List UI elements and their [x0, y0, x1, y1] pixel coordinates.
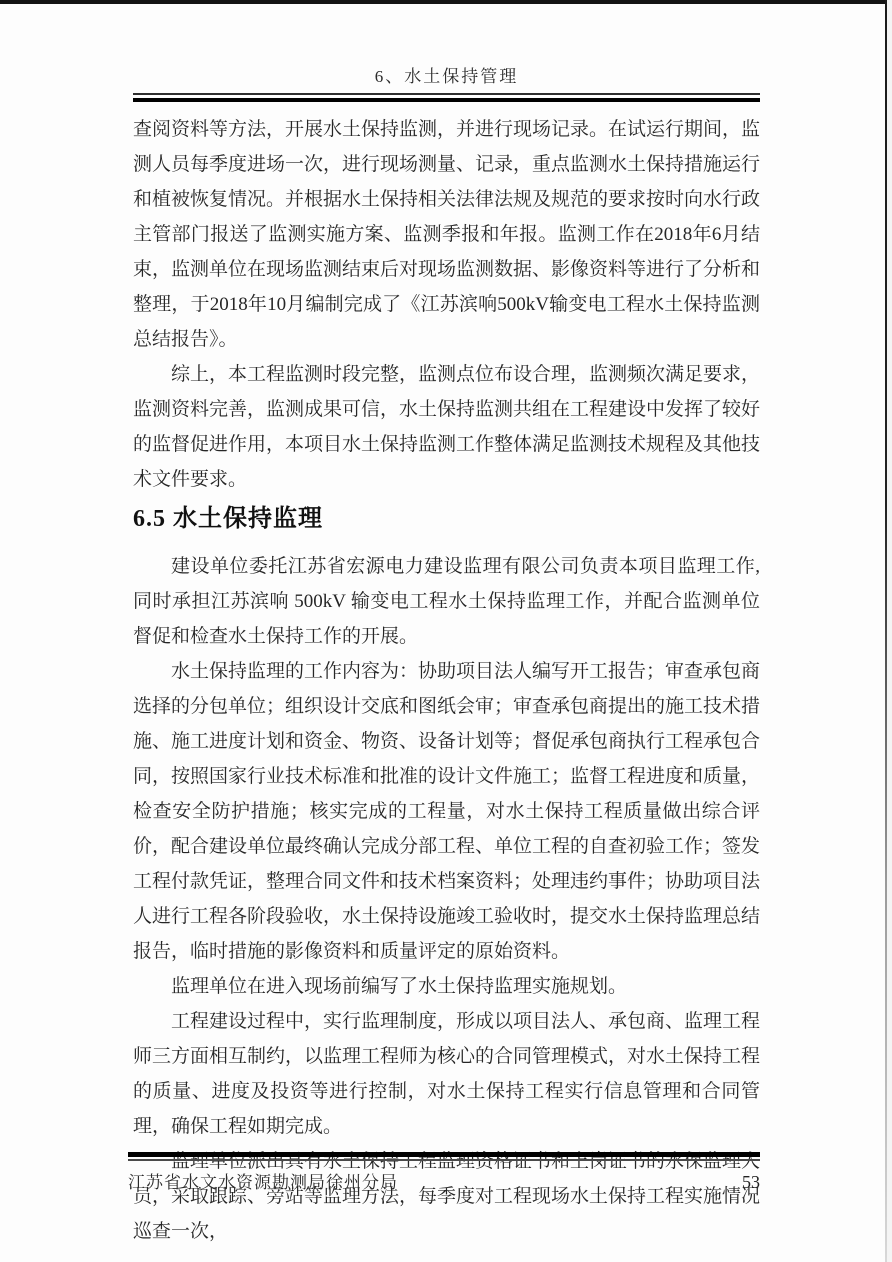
page-footer: 江苏省水文水资源勘测局徐州分局 53: [128, 1152, 760, 1193]
page-number: 53: [742, 1172, 760, 1193]
document-page: 6、水土保持管理 查阅资料等方法，开展水土保持监测，并进行现场记录。在试运行期间…: [0, 0, 892, 1262]
body-paragraph: 综上，本工程监测时段完整，监测点位布设合理，监测频次满足要求，监测资料完善，监测…: [133, 357, 760, 497]
body-paragraph: 工程建设过程中，实行监理制度，形成以项目法人、承包商、监理工程师三方面相互制约，…: [133, 1004, 760, 1144]
footer-rule: [128, 1152, 760, 1161]
scan-right-edge-artifact: [885, 0, 887, 1262]
section-heading: 6.5 水土保持监理: [133, 505, 760, 533]
footer-organization: 江苏省水文水资源勘测局徐州分局: [128, 1168, 398, 1193]
body-paragraph: 水土保持监理的工作内容为：协助项目法人编写开工报告；审查承包商选择的分包单位；组…: [133, 654, 760, 969]
page-content: 6、水土保持管理 查阅资料等方法，开展水土保持监测，并进行现场记录。在试运行期间…: [133, 0, 760, 1249]
body-paragraph: 建设单位委托江苏省宏源电力建设监理有限公司负责本项目监理工作,同时承担江苏滨响 …: [133, 549, 760, 654]
footer-row: 江苏省水文水资源勘测局徐州分局 53: [128, 1168, 760, 1193]
running-header-title: 6、水土保持管理: [133, 62, 760, 87]
body-paragraph: 监理单位在进入现场前编写了水土保持监理实施规划。: [133, 969, 760, 1004]
header-rule: [133, 93, 760, 102]
body-text: 查阅资料等方法，开展水土保持监测，并进行现场记录。在试运行期间，监测人员每季度进…: [133, 112, 760, 1249]
body-paragraph: 查阅资料等方法，开展水土保持监测，并进行现场记录。在试运行期间，监测人员每季度进…: [133, 112, 760, 357]
scan-right-gutter: [887, 0, 892, 1262]
